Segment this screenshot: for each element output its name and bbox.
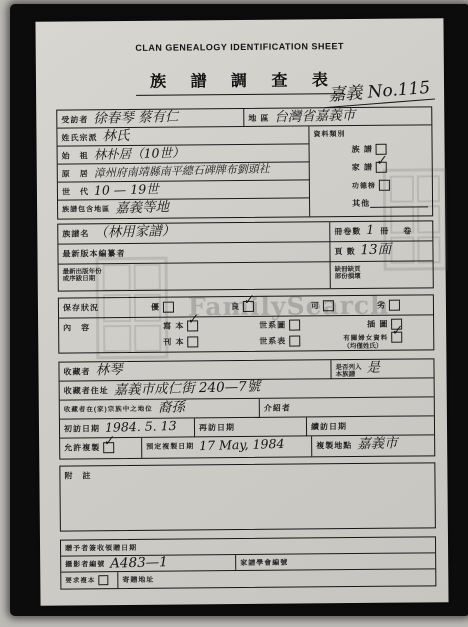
women-info-note: （均僅姓氏） <box>343 343 402 351</box>
pedigree-table-label: 世系表 <box>259 336 286 347</box>
field-content: 內 容 寫 本 ✓ 世系圖 ✓ 插 圖 ✓ 刊 本 ✓ 世系表 ✓ 有 <box>59 315 433 352</box>
area-label: 地 區 <box>248 113 269 124</box>
latest-compiler-label: 最新版本編纂者 <box>62 248 125 260</box>
field-coverage-area: 族譜包含地區 嘉義等地 <box>58 198 310 218</box>
gongdebang-label: 功德榜 <box>352 180 376 190</box>
table-subject-info: 受訪者 徐春琴 蔡有仁 地 區 台灣省嘉義市 姓氏宗派 林氏 始 祖 林朴居（1… <box>56 106 433 219</box>
field-area: 地 區 台灣省嘉義市 <box>244 107 431 127</box>
interviewee-value: 徐春琴 蔡有仁 <box>93 111 179 127</box>
page-count-value: 13面 <box>361 243 392 257</box>
gongdebang-checkbox: ✓ <box>379 180 390 191</box>
field-original-home: 原 居 漳州府南靖縣南平總石碑牌布劉頭社 <box>58 162 310 182</box>
coverage-area-value: 嘉義等地 <box>115 201 169 216</box>
document-paper: FamilySearch CLAN GENEALOGY IDENTIFICATI… <box>35 18 448 606</box>
excellent-label: 優 <box>151 302 160 313</box>
field-latest-compiler: 最新版本編纂者 <box>58 242 330 264</box>
other-label: 其他 <box>352 198 370 209</box>
listed-value: 是 <box>366 362 380 376</box>
field-interviewee: 受訪者 徐春琴 蔡有仁 <box>57 109 244 129</box>
area-value: 台灣省嘉義市 <box>274 109 355 125</box>
table-condition-content: 保存狀況 優 ✓ 良 ✓ 可 ✓ 劣 ✓ 內 容 寫 本 ✓ <box>58 294 434 353</box>
content-label: 內 容 <box>63 322 90 333</box>
mailing-address-label: 寄贈地址 <box>122 575 154 585</box>
first-visit-label: 初訪日期 <box>64 423 100 434</box>
field-copy-permission: 允許複製 ✓ <box>60 438 142 459</box>
holder-position-value: 裔孫 <box>158 401 185 415</box>
field-clan-surname: 姓氏宗派 林氏 <box>57 126 309 146</box>
copy-permission-checkbox: ✓ <box>103 442 114 453</box>
genealogy-title-value: （林用家譜） <box>94 225 175 241</box>
planned-copy-date-value: 17 May, 1984 <box>199 438 285 453</box>
volume-count-value: 1 <box>366 224 374 237</box>
option-manuscript: 寫 本 ✓ <box>163 320 198 331</box>
option-other: 其他 <box>352 197 428 209</box>
original-home-label: 原 居 <box>62 168 89 179</box>
holder-address-label: 收藏者住址 <box>64 385 109 396</box>
manuscript-checkbox: ✓ <box>187 320 198 331</box>
condition-label: 保存狀況 <box>63 302 99 313</box>
option-jiapu: 家 譜 ✓ <box>352 162 387 173</box>
material-category-label: 資料類別 <box>313 129 345 139</box>
volume-unit1-label: 冊 <box>380 226 389 237</box>
good-checkbox: ✓ <box>243 301 254 312</box>
request-copy-checkbox: ✓ <box>98 575 108 585</box>
holder-position-label: 收藏者在(家)宗族中之地位 <box>64 404 153 414</box>
table-genealogy-book: 族譜名 （林用家譜） 冊卷數 1 冊 卷 最新版本編纂者 頁 數 13面 最新出… <box>57 220 434 291</box>
field-mailing-address: 寄贈地址 <box>118 569 435 588</box>
option-condition-poor: 劣 ✓ <box>377 300 400 311</box>
field-planned-copy-date: 預定複製日期 17 May, 1984 <box>142 436 312 457</box>
option-gongdebang: 功德榜 ✓ <box>352 180 390 191</box>
holder-address-value: 嘉義市成仁街 240—7號 <box>114 381 261 398</box>
introducer-label: 介紹者 <box>264 403 291 414</box>
generations-label: 世 代 <box>62 186 89 197</box>
zupu-label: 族 譜 <box>352 144 373 155</box>
interviewee-label: 受訪者 <box>61 114 88 125</box>
material-category-block: 資料類別 族 譜 ✓ 家 譜 ✓ 功德榜 ✓ 其他 <box>309 125 432 216</box>
society-number-label: 家譜學會編號 <box>240 558 288 568</box>
option-condition-excellent: 優 ✓ <box>151 302 174 313</box>
field-genealogy-title: 族譜名 （林用家譜） <box>58 222 330 244</box>
copy-permission-label: 允許複製 <box>64 442 100 453</box>
publication-year-label-line2: 或序跋日期 <box>63 276 102 284</box>
field-listed-in-genealogy: 是否列入 本族譜 是 <box>331 359 433 379</box>
donor-receipt-date-label: 贈予者簽收領贈日期 <box>65 543 137 554</box>
volume-count-label: 冊卷數 <box>334 226 361 237</box>
genealogy-title-label: 族譜名 <box>62 228 89 239</box>
field-first-visit-date: 初訪日期 1984. 5. 13 <box>60 418 195 438</box>
printed-label: 刊 本 <box>163 337 184 348</box>
field-publication-year: 最新出版年份 或序跋日期 <box>59 262 331 290</box>
option-pedigree-table: 世系表 ✓ <box>259 335 300 346</box>
field-notes: 附 註 <box>60 463 435 530</box>
microfilm-scan: FamilySearch CLAN GENEALOGY IDENTIFICATI… <box>0 0 468 627</box>
fair-checkbox: ✓ <box>323 300 334 311</box>
holder-label: 收藏者 <box>63 366 90 377</box>
volume-unit2-label: 卷 <box>403 226 412 237</box>
poor-label: 劣 <box>377 300 386 311</box>
pedigree-chart-label: 世系圖 <box>259 320 286 331</box>
jiapu-label: 家 譜 <box>352 162 373 173</box>
table-holder-info: 收藏者 林琴 是否列入 本族譜 是 收藏者住址 嘉義市成仁街 240—7號 收藏… <box>58 358 435 459</box>
other-blank-line <box>370 198 428 208</box>
field-followup-visit-date: 續訪日期 <box>307 416 434 436</box>
field-generations: 世 代 10 — 19世 <box>58 180 310 200</box>
page-count-label: 頁 數 <box>334 246 355 257</box>
field-copy-location: 複製地點 嘉義市 <box>312 435 434 456</box>
field-holder: 收藏者 林琴 <box>59 360 331 381</box>
excellent-checkbox: ✓ <box>163 302 174 313</box>
field-photographer-number: 攝影者編號 A483—1 <box>61 555 236 573</box>
listed-label-line2: 本族譜 <box>336 371 362 379</box>
clan-surname-value: 林氏 <box>102 130 129 144</box>
jiapu-checkbox: ✓ <box>376 162 387 173</box>
holder-value: 林琴 <box>95 364 122 378</box>
printed-checkbox: ✓ <box>187 336 198 347</box>
option-printed: 刊 本 ✓ <box>163 336 198 347</box>
first-ancestor-label: 始 祖 <box>62 150 89 161</box>
planned-copy-date-label: 預定複製日期 <box>146 441 194 451</box>
copy-location-label: 複製地點 <box>316 440 352 451</box>
poor-checkbox: ✓ <box>389 300 400 311</box>
photographer-number-label: 攝影者編號 <box>65 559 105 569</box>
field-society-number: 家譜學會編號 <box>236 553 435 571</box>
fair-label: 可 <box>311 300 320 311</box>
table-admin: 贈予者簽收領贈日期 攝影者編號 A483—1 家譜學會編號 要求複本 ✓ 寄贈地… <box>60 536 436 589</box>
field-page-count: 頁 數 13面 <box>330 241 432 262</box>
copy-location-value: 嘉義市 <box>357 437 398 452</box>
first-ancestor-value: 林朴居（10世） <box>93 147 184 162</box>
field-first-ancestor: 始 祖 林朴居（10世） <box>58 144 310 164</box>
request-copy-label: 要求複本 <box>65 575 95 584</box>
pedigree-chart-checkbox: ✓ <box>289 319 300 330</box>
second-visit-label: 再訪日期 <box>199 422 235 433</box>
table-notes: 附 註 <box>59 462 436 531</box>
illustration-label: 插 圖 <box>367 319 388 330</box>
field-holder-position: 收藏者在(家)宗族中之地位 裔孫 <box>60 399 260 420</box>
clan-surname-label: 姓氏宗派 <box>61 132 97 143</box>
field-introducer: 介紹者 <box>260 397 434 418</box>
women-info-checkbox: ✓ <box>391 332 402 343</box>
option-condition-good: 良 ✓ <box>231 301 254 312</box>
page-title-english: CLAN GENEALOGY IDENTIFICATION SHEET <box>36 40 444 54</box>
good-label: 良 <box>231 301 240 312</box>
notes-label: 附 註 <box>64 470 91 481</box>
original-home-value: 漳州府南靖縣南平總石碑牌布劉頭社 <box>94 163 270 179</box>
women-info-label: 有關婦女資料 <box>343 333 388 342</box>
generations-value: 10 — 19世 <box>94 183 159 197</box>
pedigree-table-checkbox: ✓ <box>289 335 300 346</box>
followup-visit-label: 續訪日期 <box>311 421 347 432</box>
option-women-info: 有關婦女資料 ✓ （均僅姓氏） <box>343 332 402 351</box>
coverage-area-label: 族譜包含地區 <box>62 204 110 214</box>
missing-pages-label-line2: 部份損壞 <box>335 273 361 281</box>
first-visit-value: 1984. 5. 13 <box>105 420 177 434</box>
field-volume-count: 冊卷數 1 冊 卷 <box>330 221 432 242</box>
manuscript-label: 寫 本 <box>163 321 184 332</box>
field-missing-damaged: 缺冊缺頁 部份損壞 <box>331 261 433 288</box>
option-pedigree-chart: 世系圖 ✓ <box>259 319 300 330</box>
field-second-visit-date: 再訪日期 <box>195 417 307 437</box>
field-request-copy: 要求複本 ✓ <box>61 572 118 588</box>
photographer-number-value: A483—1 <box>110 556 168 571</box>
option-condition-fair: 可 ✓ <box>311 300 334 311</box>
